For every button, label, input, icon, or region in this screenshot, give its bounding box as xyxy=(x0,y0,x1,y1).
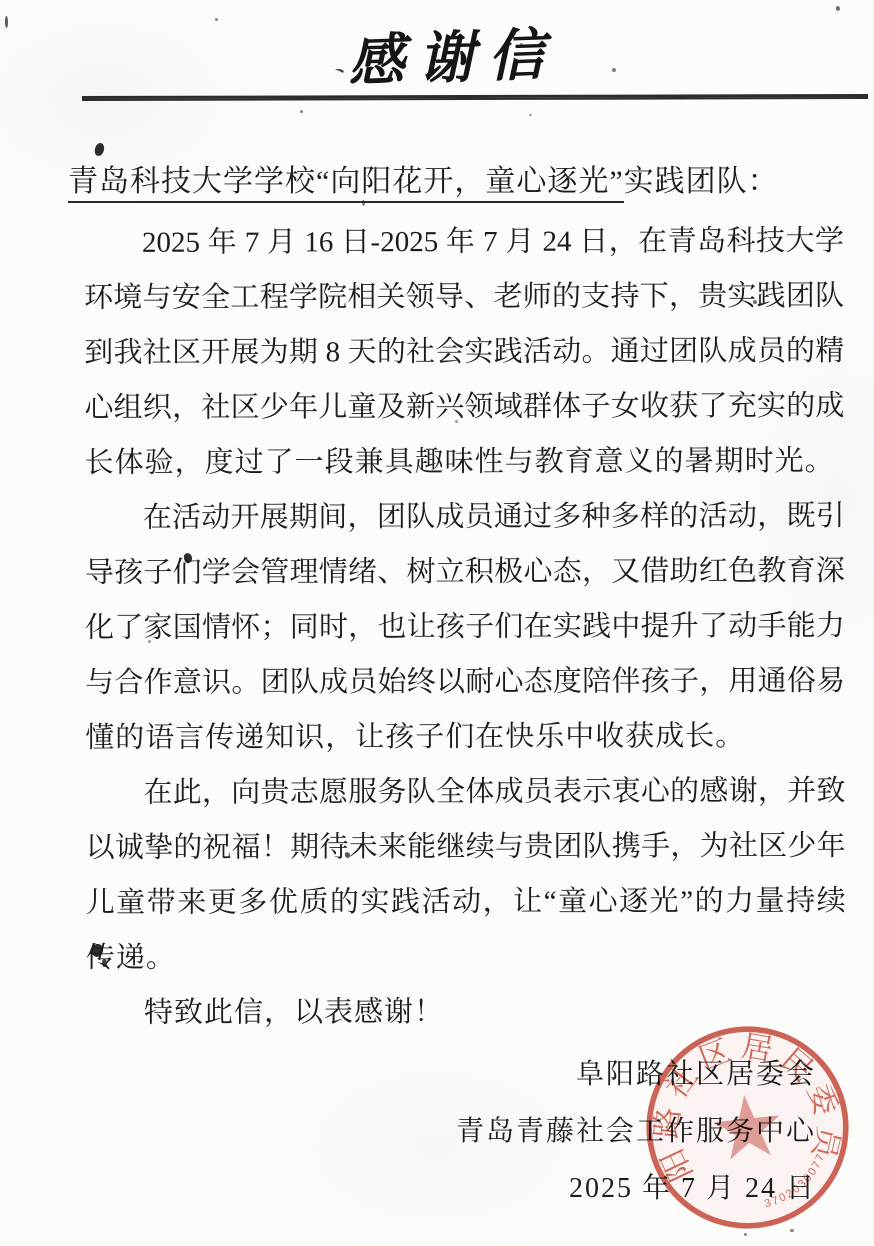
body-line: 儿童带来更多优质的实践活动，让“童心逐光”的力量持续 xyxy=(86,874,846,931)
scan-speckle xyxy=(215,18,218,21)
body-line: 在活动开展期间，团队成员通过多种多样的活动，既引 xyxy=(85,489,845,546)
body-line: 到我社区开展为期 8 天的社会实践活动。通过团队成员的精 xyxy=(84,324,844,381)
scan-speckle xyxy=(300,110,303,113)
body-line: 导孩子们学会管理情绪、树立积极心态，又借助红色教育深 xyxy=(85,544,845,601)
body-line: 2025 年 7 月 16 日-2025 年 7 月 24 日，在青岛科技大学 xyxy=(84,214,844,271)
body-line: 懂的语言传递知识，让孩子们在快乐中收获成长。 xyxy=(85,709,845,766)
letter-title: 感谢信 xyxy=(15,0,874,101)
body-line: 传递。 xyxy=(86,929,846,986)
body-line: 环境与安全工程学院相关领导、老师的支持下，贵实践团队 xyxy=(84,269,844,326)
scan-speckle xyxy=(5,16,8,28)
salutation-suffix: 实践团队： xyxy=(624,165,779,198)
salutation-underlined: 青岛科技大学学校“向阳花开，童心逐光” xyxy=(68,165,624,203)
body-line: 与合作意识。团队成员始终以耐心态度陪伴孩子，用通俗易 xyxy=(85,654,845,711)
official-seal-stamp: 阜阳路社区居民委员会 3702030077 xyxy=(629,1009,865,1245)
scanned-letter-page: 感谢信 、 青岛科技大学学校“向阳花开，童心逐光”实践团队： 2025 年 7 … xyxy=(0,0,874,1246)
body-line: 长体验，度过了一段兼具趣味性与教育意义的暑期时光。 xyxy=(84,434,844,491)
salutation-line: 青岛科技大学学校“向阳花开，童心逐光”实践团队： xyxy=(68,160,844,204)
scan-speckle xyxy=(93,142,106,157)
body-line: 在此，向贵志愿服务队全体成员表示衷心的感谢，并致 xyxy=(85,764,845,821)
body-line: 心组织，社区少年儿童及新兴领域群体子女收获了充实的成 xyxy=(84,379,844,436)
scan-speckle xyxy=(529,114,532,116)
body-line: 化了家国情怀；同时，也让孩子们在实践中提升了动手能力 xyxy=(85,599,845,656)
body-line: 以诚挚的祝福！期待未来能继续与贵团队携手，为社区少年 xyxy=(86,819,846,876)
header-divider xyxy=(82,94,868,101)
letter-body: 2025 年 7 月 16 日-2025 年 7 月 24 日，在青岛科技大学 … xyxy=(84,214,846,1041)
